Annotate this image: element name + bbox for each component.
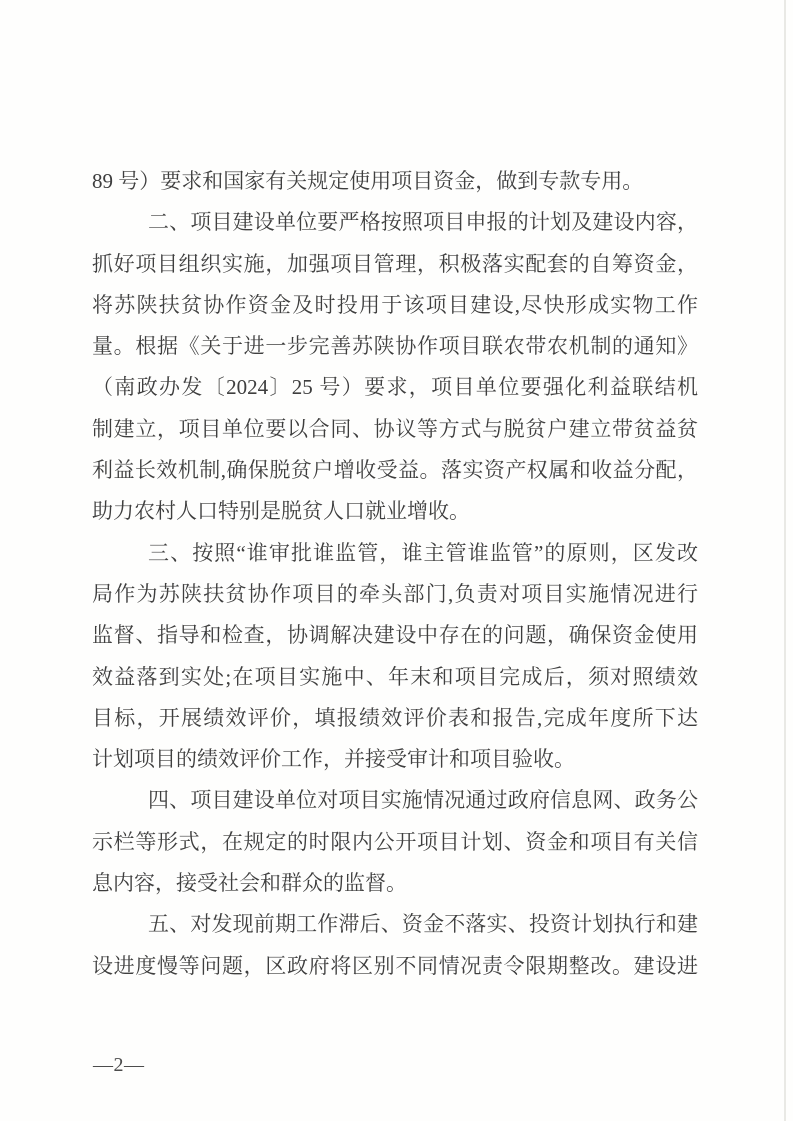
text-line: 量。根据《关于进一步完善苏陕协作项目联农带农机制的通知》	[92, 326, 698, 367]
text-line: 二、项目建设单位要严格按照项目申报的计划及建设内容，	[92, 202, 698, 243]
text-line: 计划项目的绩效评价工作，并接受审计和项目验收。	[92, 739, 698, 780]
text-line: 目标，开展绩效评价，填报绩效评价表和报告,完成年度所下达	[92, 698, 698, 739]
text-line: 监督、指导和检查，协调解决建设中存在的问题，确保资金使用	[92, 615, 698, 656]
text-line: 五、对发现前期工作滞后、资金不落实、投资计划执行和建	[92, 904, 698, 945]
document-page: 89 号）要求和国家有关规定使用项目资金，做到专款专用。二、项目建设单位要严格按…	[0, 0, 793, 1121]
text-line: 制建立，项目单位要以合同、协议等方式与脱贫户建立带贫益贫	[92, 409, 698, 450]
text-line: 三、按照“谁审批谁监管，谁主管谁监管”的原则，区发改	[92, 533, 698, 574]
text-line: 抓好项目组织实施，加强项目管理，积极落实配套的自筹资金，	[92, 244, 698, 285]
text-line: 89 号）要求和国家有关规定使用项目资金，做到专款专用。	[92, 161, 698, 202]
document-body: 89 号）要求和国家有关规定使用项目资金，做到专款专用。二、项目建设单位要严格按…	[92, 161, 698, 987]
text-line: 利益长效机制,确保脱贫户增收受益。落实资产权属和收益分配，	[92, 450, 698, 491]
text-line: 息内容，接受社会和群众的监督。	[92, 863, 698, 904]
text-line: 示栏等形式，在规定的时限内公开项目计划、资金和项目有关信	[92, 822, 698, 863]
page-number: —2—	[93, 1052, 145, 1078]
text-line: 助力农村人口特别是脱贫人口就业增收。	[92, 491, 698, 532]
text-line: 设进度慢等问题，区政府将区别不同情况责令限期整改。建设进	[92, 946, 698, 987]
text-line: 局作为苏陕扶贫协作项目的牵头部门,负责对项目实施情况进行	[92, 574, 698, 615]
scan-edge-artifact	[784, 0, 786, 1121]
text-line: （南政办发〔2024〕25 号）要求，项目单位要强化利益联结机	[92, 367, 698, 408]
text-line: 将苏陕扶贫协作资金及时投用于该项目建设,尽快形成实物工作	[92, 285, 698, 326]
text-line: 效益落到实处;在项目实施中、年末和项目完成后，须对照绩效	[92, 657, 698, 698]
text-line: 四、项目建设单位对项目实施情况通过政府信息网、政务公	[92, 780, 698, 821]
